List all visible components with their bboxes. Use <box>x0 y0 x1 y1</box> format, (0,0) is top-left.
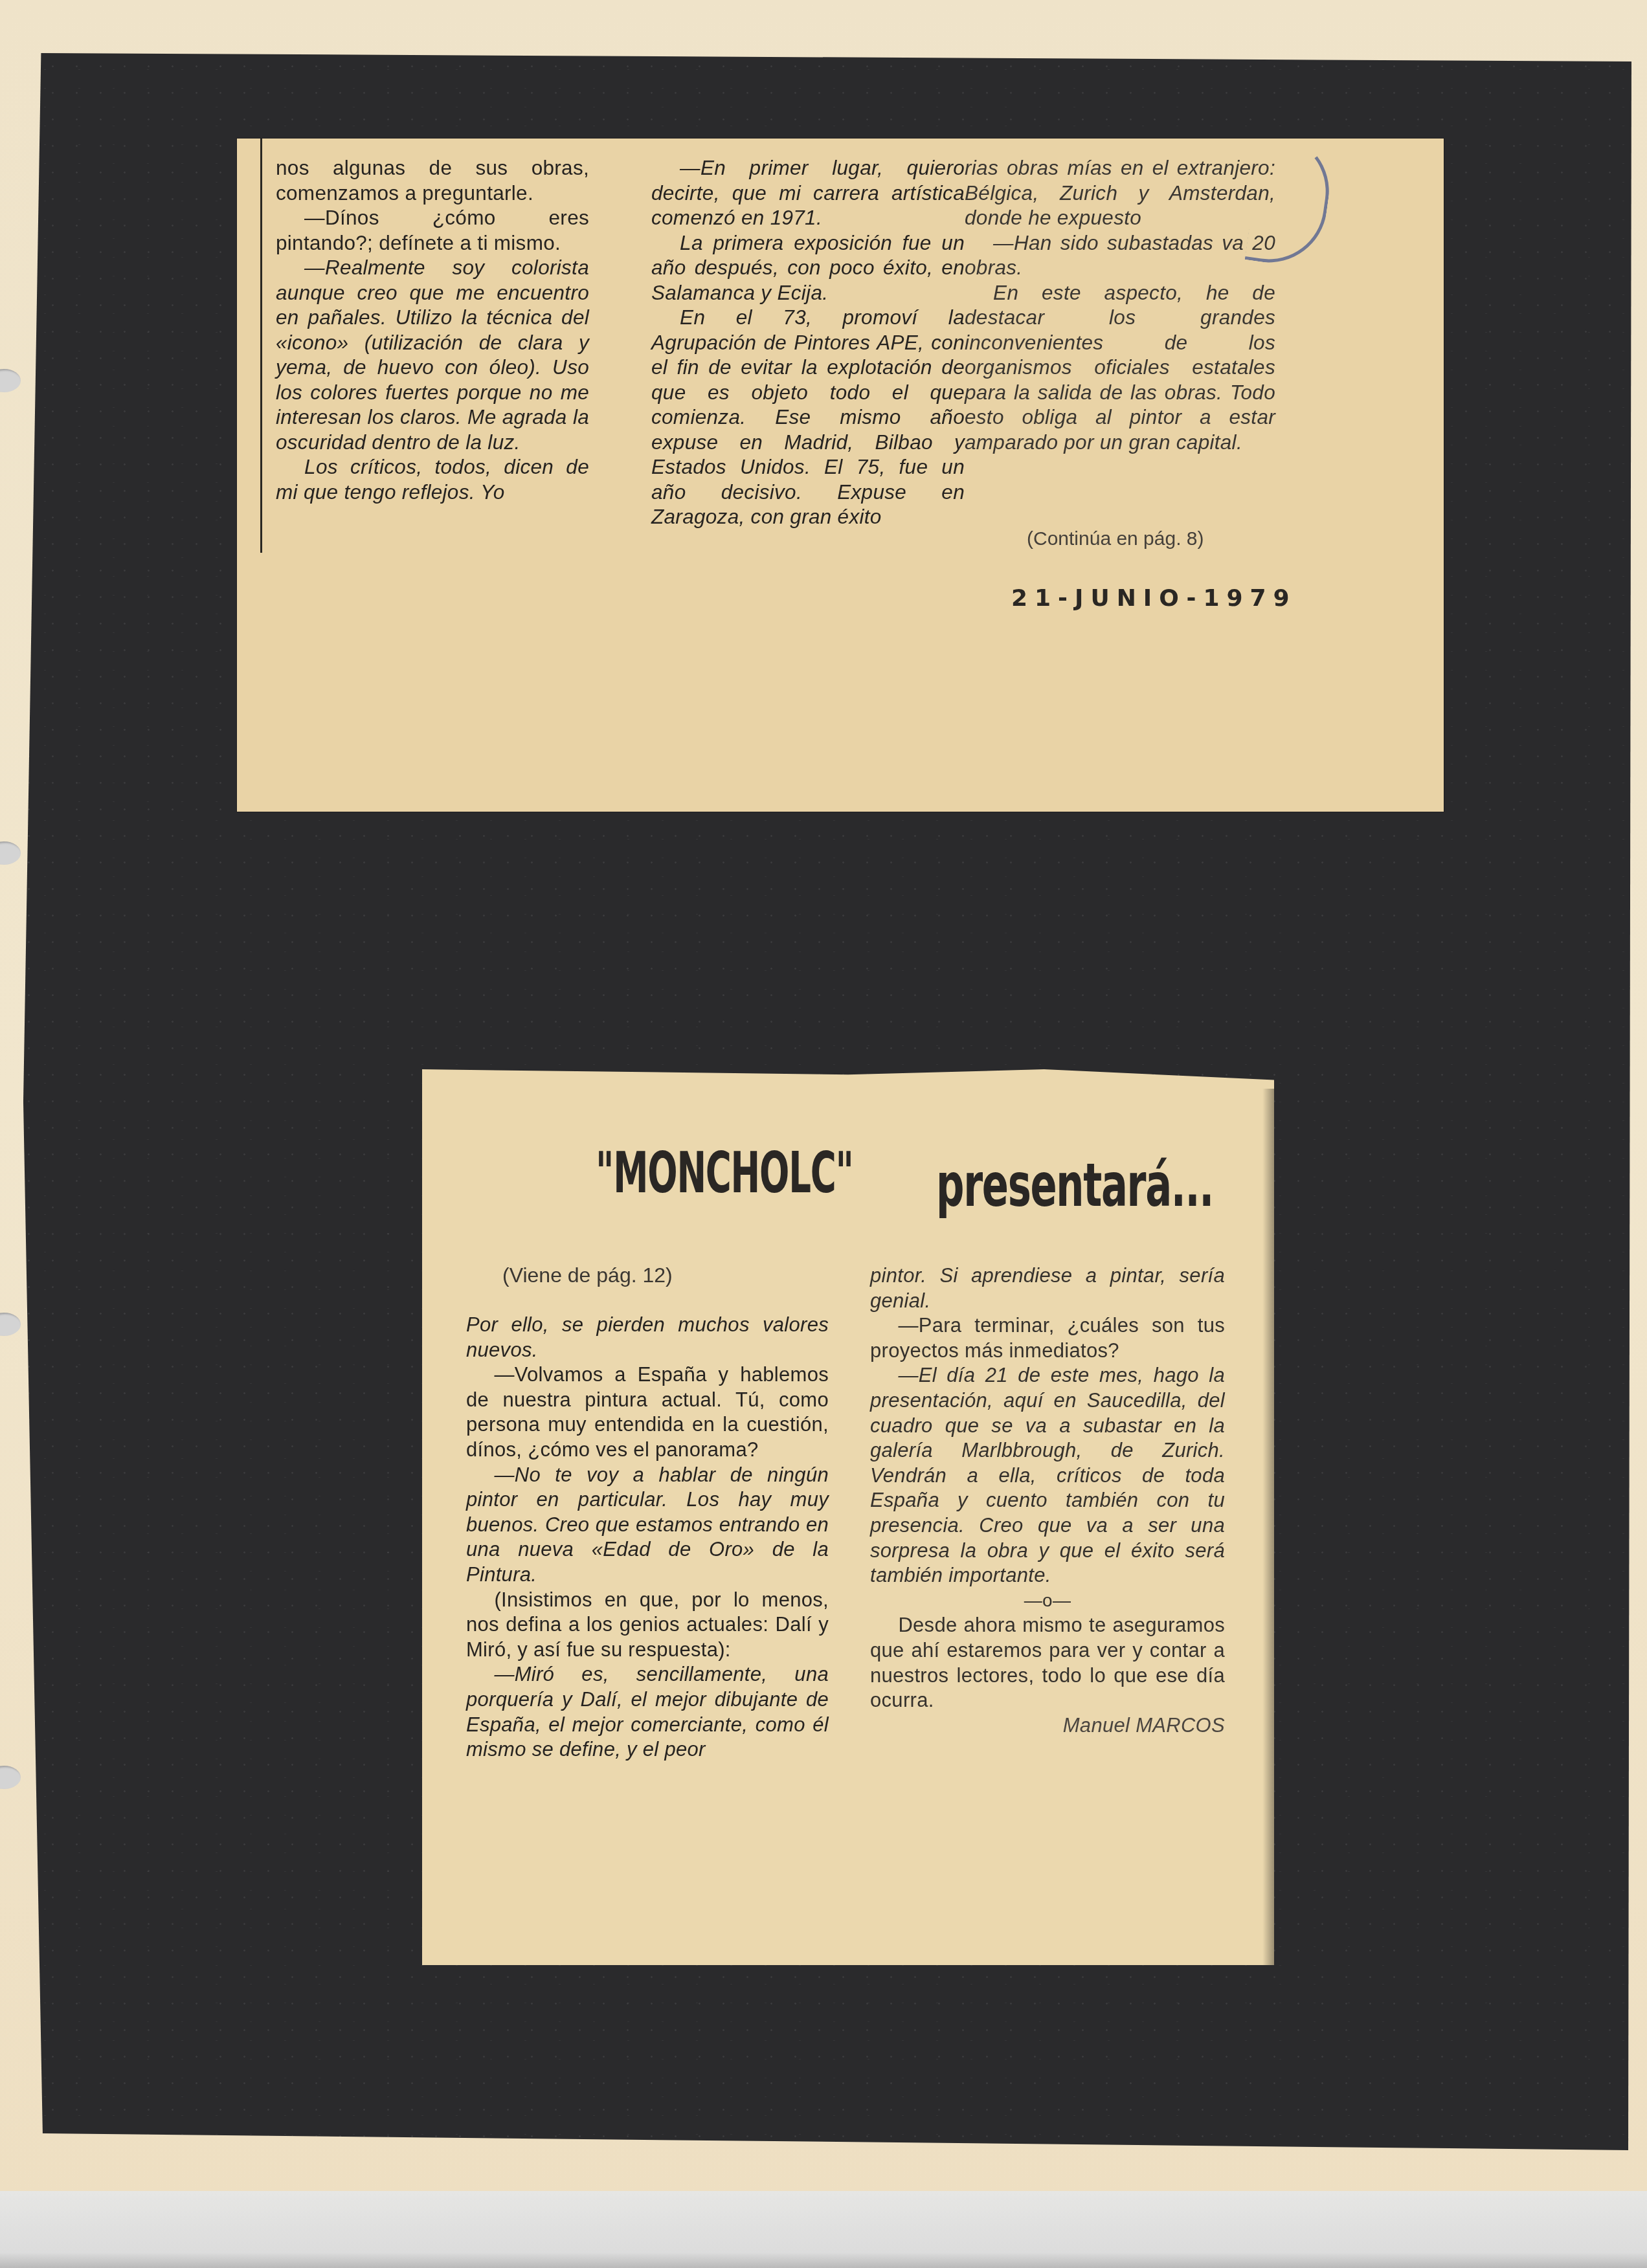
paragraph: —No te voy a hablar de ningún pintor en … <box>466 1463 829 1588</box>
paragraph: —Volvamos a España y hablemos de nuestra… <box>466 1362 829 1462</box>
paragraph: Por ello, se pierden muchos valores nuev… <box>466 1313 829 1362</box>
paragraph: —Han sido subastadas va 20 obras. <box>965 230 1275 280</box>
paragraph: En este aspecto, he de destacar los gran… <box>965 280 1275 455</box>
paragraph: —Realmente soy colorista aunque creo que… <box>276 255 589 454</box>
paragraph: —Miró es, sencillamente, una porquería y… <box>466 1662 829 1762</box>
newspaper-clipping-top: nos algunas de sus obras, comenzamos a p… <box>237 139 1444 812</box>
closing-paragraph: Desde ahora mismo te aseguramos que ahí … <box>870 1613 1225 1713</box>
paragraph: Los críticos, todos, dicen de mi que ten… <box>276 454 589 504</box>
article-column-2: —En primer lugar, quiero decirte, que mi… <box>651 155 965 529</box>
paragraph: rias obras mías en el extranjero: Bélgic… <box>965 155 1275 230</box>
dateline: 21-JUNIO-1979 <box>1011 585 1297 612</box>
byline: Manuel MARCOS <box>870 1713 1225 1739</box>
continuation-note: (Continúa en pág. 8) <box>1027 528 1204 550</box>
article-column-2: pintor. Si aprendiese a pintar, sería ge… <box>870 1263 1225 1738</box>
paragraph: —Dínos ¿cómo eres pintando?; defínete a … <box>276 205 589 255</box>
headline-name: "MONCHOLC" <box>596 1139 853 1206</box>
paragraph: pintor. Si aprendiese a pintar, sería ge… <box>870 1263 1225 1313</box>
continued-from-note: (Viene de pág. 12) <box>502 1263 673 1287</box>
column-rule <box>260 139 262 553</box>
newspaper-clipping-bottom: "MONCHOLC" presentará... (Viene de pág. … <box>422 1069 1274 1965</box>
paragraph: —Para terminar, ¿cuáles son tus proyecto… <box>870 1313 1225 1363</box>
pen-bracket-mark <box>1245 131 1337 270</box>
article-column-1: nos algunas de sus obras, comenzamos a p… <box>276 155 589 504</box>
paragraph: nos algunas de sus obras, comenzamos a p… <box>276 155 589 205</box>
column-2-paragraphs: pintor. Si aprendiese a pintar, sería ge… <box>870 1263 1225 1588</box>
paragraph: —El día 21 de este mes, hago la presenta… <box>870 1363 1225 1588</box>
paragraph: (Insistimos en que, por lo menos, nos de… <box>466 1588 829 1663</box>
headline-verb: presentará... <box>936 1151 1213 1220</box>
section-separator: —o— <box>870 1588 1225 1614</box>
paragraph: La primera exposición fue un año después… <box>651 230 965 306</box>
article-column-1: Por ello, se pierden muchos valores nuev… <box>466 1313 829 1762</box>
paragraph: En el 73, promoví la Agrupación de Pinto… <box>651 305 965 529</box>
article-column-3: rias obras mías en el extranjero: Bélgic… <box>965 155 1275 454</box>
scanner-background <box>0 2191 1647 2268</box>
edge-shadow <box>1262 1089 1274 1965</box>
paragraph: —En primer lugar, quiero decirte, que mi… <box>651 155 965 230</box>
